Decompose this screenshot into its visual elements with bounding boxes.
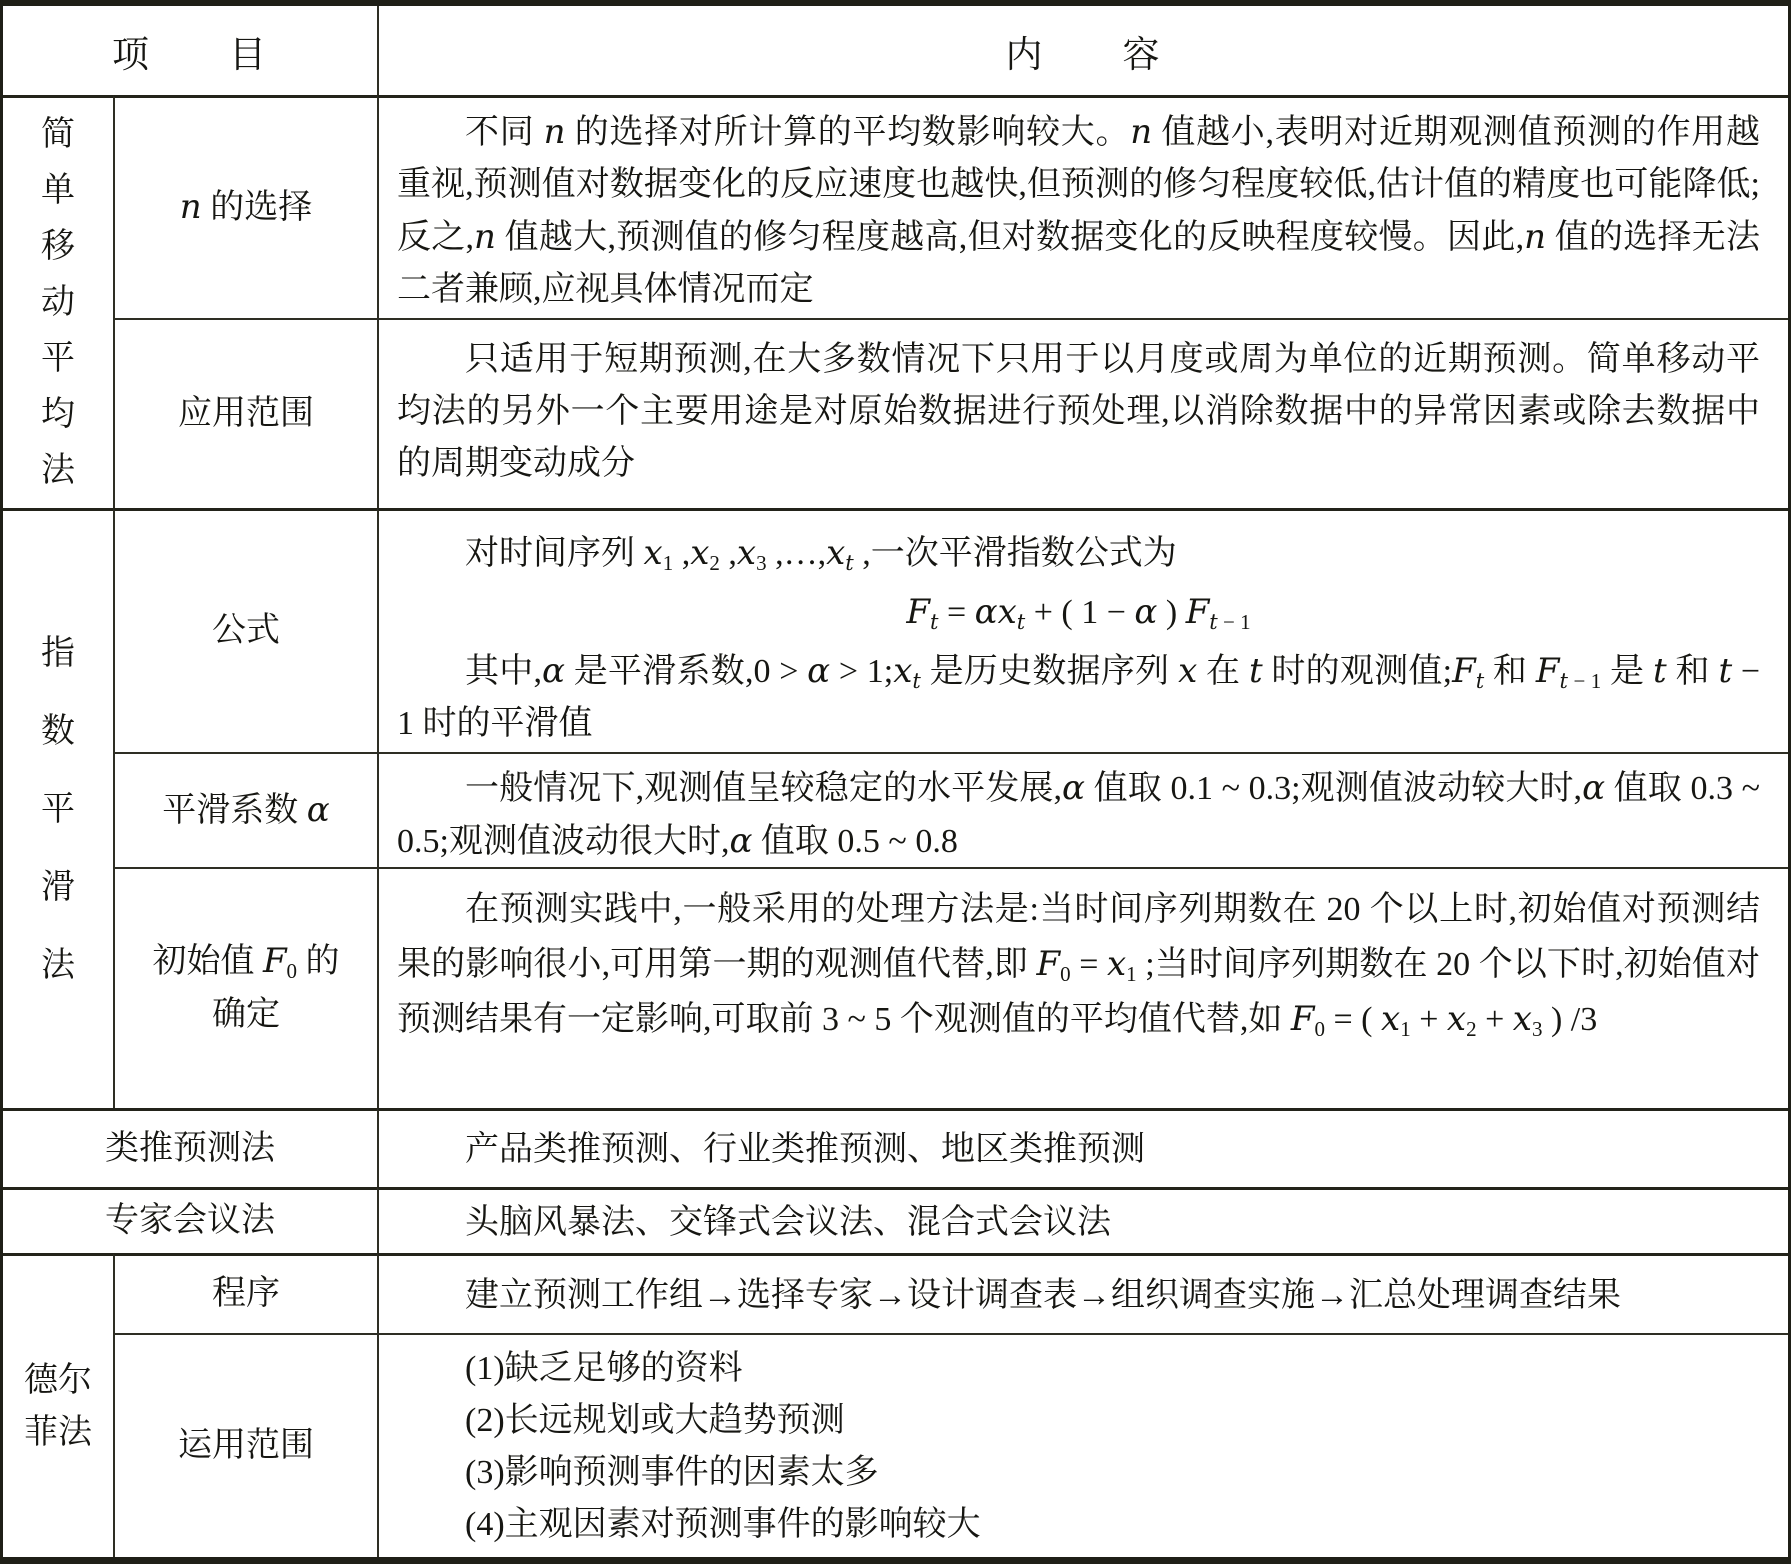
row-label-formula: 公式 [113, 508, 377, 752]
paragraph: 产品类推预测、行业类推预测、地区类推预测 [397, 1124, 1760, 1176]
row-label-application-scope: 应用范围 [113, 318, 377, 508]
formula-equation: Ft = αxt + ( 1 − α ) Ft − 1 [397, 583, 1760, 642]
row-content-application-range: (1)缺乏足够的资料 (2)长远规划或大趋势预测 (3)影响预测事件的因素太多 … [377, 1333, 1788, 1557]
row-label-application-range: 运用范围 [113, 1333, 377, 1557]
group-label-text: 指数平滑法 [38, 615, 78, 1005]
header-content-label: 内 容 [1006, 24, 1162, 78]
row-label-smoothing-coefficient: 平滑系数 α [113, 752, 377, 867]
row-content-initial-value: 在预测实践中,一般采用的处理方法是:当时间序列期数在 20 个以上时,初始值对预… [377, 867, 1788, 1108]
row-label-text: 应用范围 [178, 388, 314, 441]
row-label-text: 专家会议法 [105, 1195, 275, 1248]
paragraph: 建立预测工作组→选择专家→设计调查表→组织调查实施→汇总处理调查结果 [397, 1270, 1760, 1322]
forecast-methods-table: 项 目 内 容 简单移动平均法 n 的选择 不同 n 的选择对所计算的平均数影响… [0, 0, 1791, 1564]
row-label-text: 程序 [212, 1268, 280, 1321]
row-label-expert-meeting: 专家会议法 [3, 1187, 377, 1253]
paragraph: 一般情况下,观测值呈较稳定的水平发展,α 值取 0.1 ~ 0.3;观测值波动较… [397, 762, 1760, 867]
formula-intro: 对时间序列 x1 ,x2 ,x3 ,…,xt ,一次平滑指数公式为 [397, 527, 1760, 580]
group-label-exponential-smoothing: 指数平滑法 [3, 508, 113, 1108]
list-item: (3)影响预测事件的因素太多 [397, 1447, 1760, 1499]
formula-explanation: 其中,α 是平滑系数,0 > α > 1;xt 是历史数据序列 x 在 t 时的… [397, 645, 1760, 750]
row-label-analogy-forecasting: 类推预测法 [3, 1108, 377, 1187]
row-label-procedure: 程序 [113, 1253, 377, 1333]
row-content-smoothing-coefficient: 一般情况下,观测值呈较稳定的水平发展,α 值取 0.1 ~ 0.3;观测值波动较… [377, 752, 1788, 867]
paragraph: 只适用于短期预测,在大多数情况下只用于以月度或周为单位的近期预测。简单移动平均法… [397, 334, 1760, 490]
row-label-text: 类推预测法 [105, 1123, 275, 1176]
row-label-text: 运用范围 [178, 1420, 314, 1473]
paragraph: 在预测实践中,一般采用的处理方法是:当时间序列期数在 20 个以上时,初始值对预… [397, 883, 1760, 1047]
list-item: (2)长远规划或大趋势预测 [397, 1395, 1760, 1447]
paragraph: 不同 n 的选择对所计算的平均数影响较大。n 值越小,表明对近期观测值预测的作用… [397, 106, 1760, 316]
row-content-procedure: 建立预测工作组→选择专家→设计调查表→组织调查实施→汇总处理调查结果 [377, 1253, 1788, 1333]
row-label-text: n 的选择 [180, 181, 312, 235]
list-item: (4)主观因素对预测事件的影响较大 [397, 1499, 1760, 1551]
header-content-cell: 内 容 [377, 6, 1788, 95]
row-content-application-scope: 只适用于短期预测,在大多数情况下只用于以月度或周为单位的近期预测。简单移动平均法… [377, 318, 1788, 508]
group-label-text: 德尔菲法 [17, 1355, 99, 1459]
paragraph: 头脑风暴法、交锋式会议法、混合式会议法 [397, 1197, 1760, 1249]
row-label-text: 公式 [212, 605, 280, 658]
row-label-text: 平滑系数 α [162, 784, 329, 838]
list-item: (1)缺乏足够的资料 [397, 1343, 1760, 1395]
row-label-text: 初始值 F0 的确定 [152, 935, 339, 1041]
group-label-simple-moving-average: 简单移动平均法 [3, 95, 113, 508]
group-label-delphi: 德尔菲法 [3, 1253, 113, 1557]
group-label-text: 简单移动平均法 [38, 107, 78, 499]
row-content-formula: 对时间序列 x1 ,x2 ,x3 ,…,xt ,一次平滑指数公式为 Ft = α… [377, 508, 1788, 752]
header-item-cell: 项 目 [3, 6, 377, 95]
header-item-label: 项 目 [112, 24, 268, 78]
row-content-analogy-forecasting: 产品类推预测、行业类推预测、地区类推预测 [377, 1108, 1788, 1187]
row-content-expert-meeting: 头脑风暴法、交锋式会议法、混合式会议法 [377, 1187, 1788, 1253]
row-label-initial-value: 初始值 F0 的确定 [113, 867, 377, 1108]
row-content-n-selection: 不同 n 的选择对所计算的平均数影响较大。n 值越小,表明对近期观测值预测的作用… [377, 95, 1788, 318]
row-label-n-selection: n 的选择 [113, 95, 377, 318]
